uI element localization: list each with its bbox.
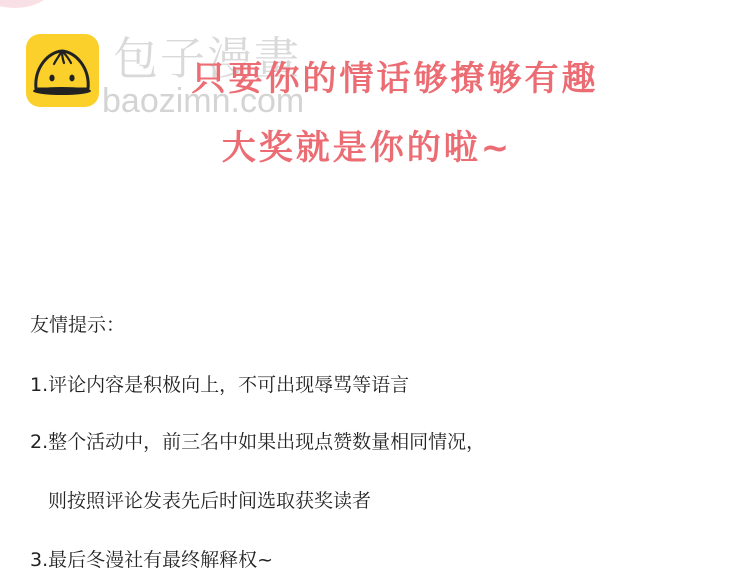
headline-line-2: 大奖就是你的啦~ (0, 126, 742, 170)
tip-item-2-continued: 则按照评论发表先后时间选取获奖读者 (48, 488, 371, 514)
decorative-pink-shape (0, 0, 50, 8)
tips-title: 友情提示： (30, 312, 125, 338)
headline-line-1: 只要你的情话够撩够有趣 (0, 57, 750, 101)
tip-item-2: 2.整个活动中，前三名中如果出现点赞数量相同情况， (30, 429, 485, 455)
tip-item-1: 1.评论内容是积极向上，不可出现辱骂等语言 (30, 372, 409, 398)
tip-item-3: 3.最后冬漫社有最终解释权~ (30, 547, 273, 573)
